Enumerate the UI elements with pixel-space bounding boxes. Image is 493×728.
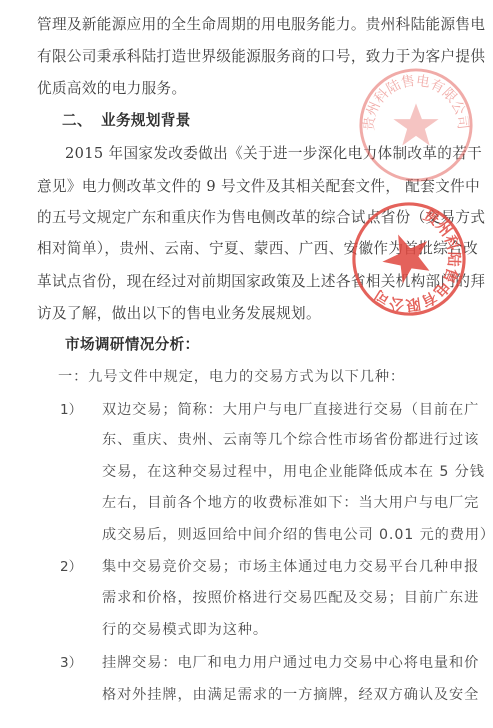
section-title: 业务规划背景 bbox=[101, 111, 191, 131]
background-line-5: 革试点省份，现在经过对前期国家政策及上述各省相关机构部门的拜 bbox=[37, 272, 485, 292]
background-line-6: 访及了解，做出以下的售电业务发展规划。 bbox=[37, 304, 321, 324]
background-line-3: 的五号文规定广东和重庆作为售电侧改革的综合试点省份（交易方式 bbox=[37, 208, 485, 228]
document-page: 管理及新能源应用的全生命周期的用电服务能力。贵州科陆能源售电 有限公司秉承科陆打… bbox=[0, 0, 493, 728]
intro-line-3: 优质高效的电力服务。 bbox=[37, 79, 186, 99]
subheading: 市场调研情况分析： bbox=[65, 335, 200, 355]
background-line-4: 相对简单），贵州、云南、宁夏、蒙西、广西、安徽作为首批综合改 bbox=[37, 239, 478, 259]
background-line-1: 2015 年国家发改委做出《关于进一步深化电力体制改革的若干 bbox=[65, 144, 482, 164]
item-2-line-1: 集中交易竞价交易；市场主体通过电力交易平台几种申报 bbox=[102, 557, 479, 577]
intro-line-1: 管理及新能源应用的全生命周期的用电服务能力。贵州科陆能源售电 bbox=[37, 15, 485, 35]
item-3-line-2: 格对外挂牌，由满足需求的一方摘牌，经双方确认及安全 bbox=[102, 685, 479, 705]
item-1-line-2: 东、重庆、贵州、云南等几个综合性市场省份都进行过该 bbox=[102, 430, 479, 450]
company-seal-top-icon: 贵州科陆售电有限公司 bbox=[357, 66, 475, 184]
item-2-line-2: 需求和价格，按照价格进行交易匹配及交易；目前广东进 bbox=[102, 588, 479, 608]
list-marker-3: 3） bbox=[60, 653, 82, 673]
list-marker-1: 1） bbox=[60, 400, 82, 420]
item-3-line-1: 挂牌交易：电厂和电力用户通过电力交易中心将电量和价 bbox=[102, 653, 479, 673]
item-1-line-3: 交易，在这种交易过程中，用电企业能降低成本在 5 分钱 bbox=[102, 462, 485, 482]
item-1-line-5: 成交易后，则返回给中间介绍的售电公司 0.01 元的费用） bbox=[102, 525, 493, 545]
intro-line-2: 有限公司秉承科陆打造世界级能源服务商的口号，致力于为客户提供 bbox=[37, 47, 485, 67]
item-2-line-3: 行的交易模式即为这种。 bbox=[102, 620, 268, 640]
list-intro: 一：九号文件中规定，电力的交易方式为以下几种： bbox=[58, 367, 405, 387]
section-number: 二、 bbox=[62, 111, 92, 131]
item-1-line-1: 双边交易；简称：大用户与电厂直接进行交易（目前在广 bbox=[102, 400, 479, 420]
list-marker-2: 2） bbox=[60, 557, 82, 577]
background-line-2: 意见》电力侧改革文件的 9 号文件及其相关配套文件， 配套文件中 bbox=[37, 177, 480, 197]
item-1-line-4: 左右，目前各个地方的收费标准如下：当大用户与电厂完 bbox=[102, 493, 479, 513]
svg-text:贵州科陆售电有限公司: 贵州科陆售电有限公司 bbox=[360, 72, 470, 131]
